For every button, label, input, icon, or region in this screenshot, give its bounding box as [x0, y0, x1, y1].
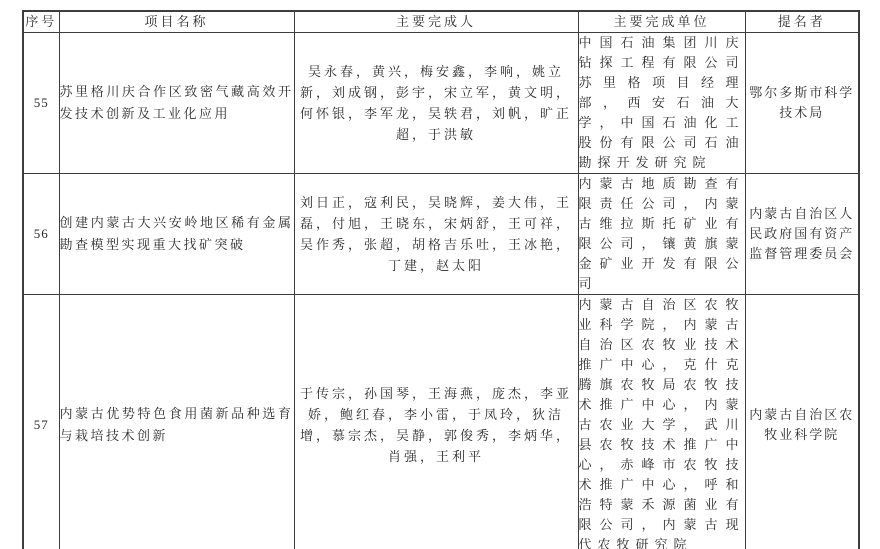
header-main-units: 主要完成单位	[578, 11, 745, 32]
serial-number-cell: 55	[23, 32, 59, 173]
main-units-cell: 内蒙古自治区农牧业科学院，内蒙古自治区农牧业技术推广中心，克什克腾旗农牧局农牧技…	[578, 294, 745, 549]
award-projects-table: 序号 项目名称 主要完成人 主要完成单位 提名者 55 苏里格川庆合作区致密气藏…	[22, 10, 860, 549]
serial-number-cell: 56	[23, 173, 59, 294]
header-main-contributors: 主要完成人	[294, 11, 578, 32]
header-project-name: 项目名称	[59, 11, 294, 32]
document-page: 序号 项目名称 主要完成人 主要完成单位 提名者 55 苏里格川庆合作区致密气藏…	[0, 0, 880, 549]
table-row-56: 56 创建内蒙古大兴安岭地区稀有金属勘查模型实现重大找矿突破 刘日正，寇利民，吴…	[23, 173, 859, 294]
main-contributors-cell: 吴永春，黄兴，梅安鑫，李响，姚立新，刘成钢，彭宇，宋立军，黄文明，何怀银，李军龙…	[294, 32, 578, 173]
header-serial-number: 序号	[23, 11, 59, 32]
main-units-cell: 内蒙古地质勘查有限责任公司，内蒙古维拉斯托矿业有限公司，镶黄旗蒙金矿业开发有限公…	[578, 173, 745, 294]
header-nominator: 提名者	[745, 11, 859, 32]
project-name-cell: 创建内蒙古大兴安岭地区稀有金属勘查模型实现重大找矿突破	[59, 173, 294, 294]
table-header-row: 序号 项目名称 主要完成人 主要完成单位 提名者	[23, 11, 859, 32]
serial-number-cell: 57	[23, 294, 59, 549]
main-contributors-cell: 刘日正，寇利民，吴晓辉，姜大伟，王磊，付旭，王晓东，宋炳舒，王可祥，吴作秀，张超…	[294, 173, 578, 294]
table-row-55: 55 苏里格川庆合作区致密气藏高效开发技术创新及工业化应用 吴永春，黄兴，梅安鑫…	[23, 32, 859, 173]
nominator-cell: 内蒙古自治区人民政府国有资产监督管理委员会	[745, 173, 859, 294]
project-name-cell: 苏里格川庆合作区致密气藏高效开发技术创新及工业化应用	[59, 32, 294, 173]
nominator-cell: 鄂尔多斯市科学技术局	[745, 32, 859, 173]
project-name-cell: 内蒙古优势特色食用菌新品种选育与栽培技术创新	[59, 294, 294, 549]
main-units-cell: 中国石油集团川庆钻探工程有限公司苏里格项目经理部，西安石油大学，中国石油化工股份…	[578, 32, 745, 173]
table-row-57: 57 内蒙古优势特色食用菌新品种选育与栽培技术创新 于传宗，孙国琴，王海燕，庞杰…	[23, 294, 859, 549]
main-contributors-cell: 于传宗，孙国琴，王海燕，庞杰，李亚娇，鲍红春，李小雷，于凤玲，狄洁增，慕宗杰，吴…	[294, 294, 578, 549]
nominator-cell: 内蒙古自治区农牧业科学院	[745, 294, 859, 549]
